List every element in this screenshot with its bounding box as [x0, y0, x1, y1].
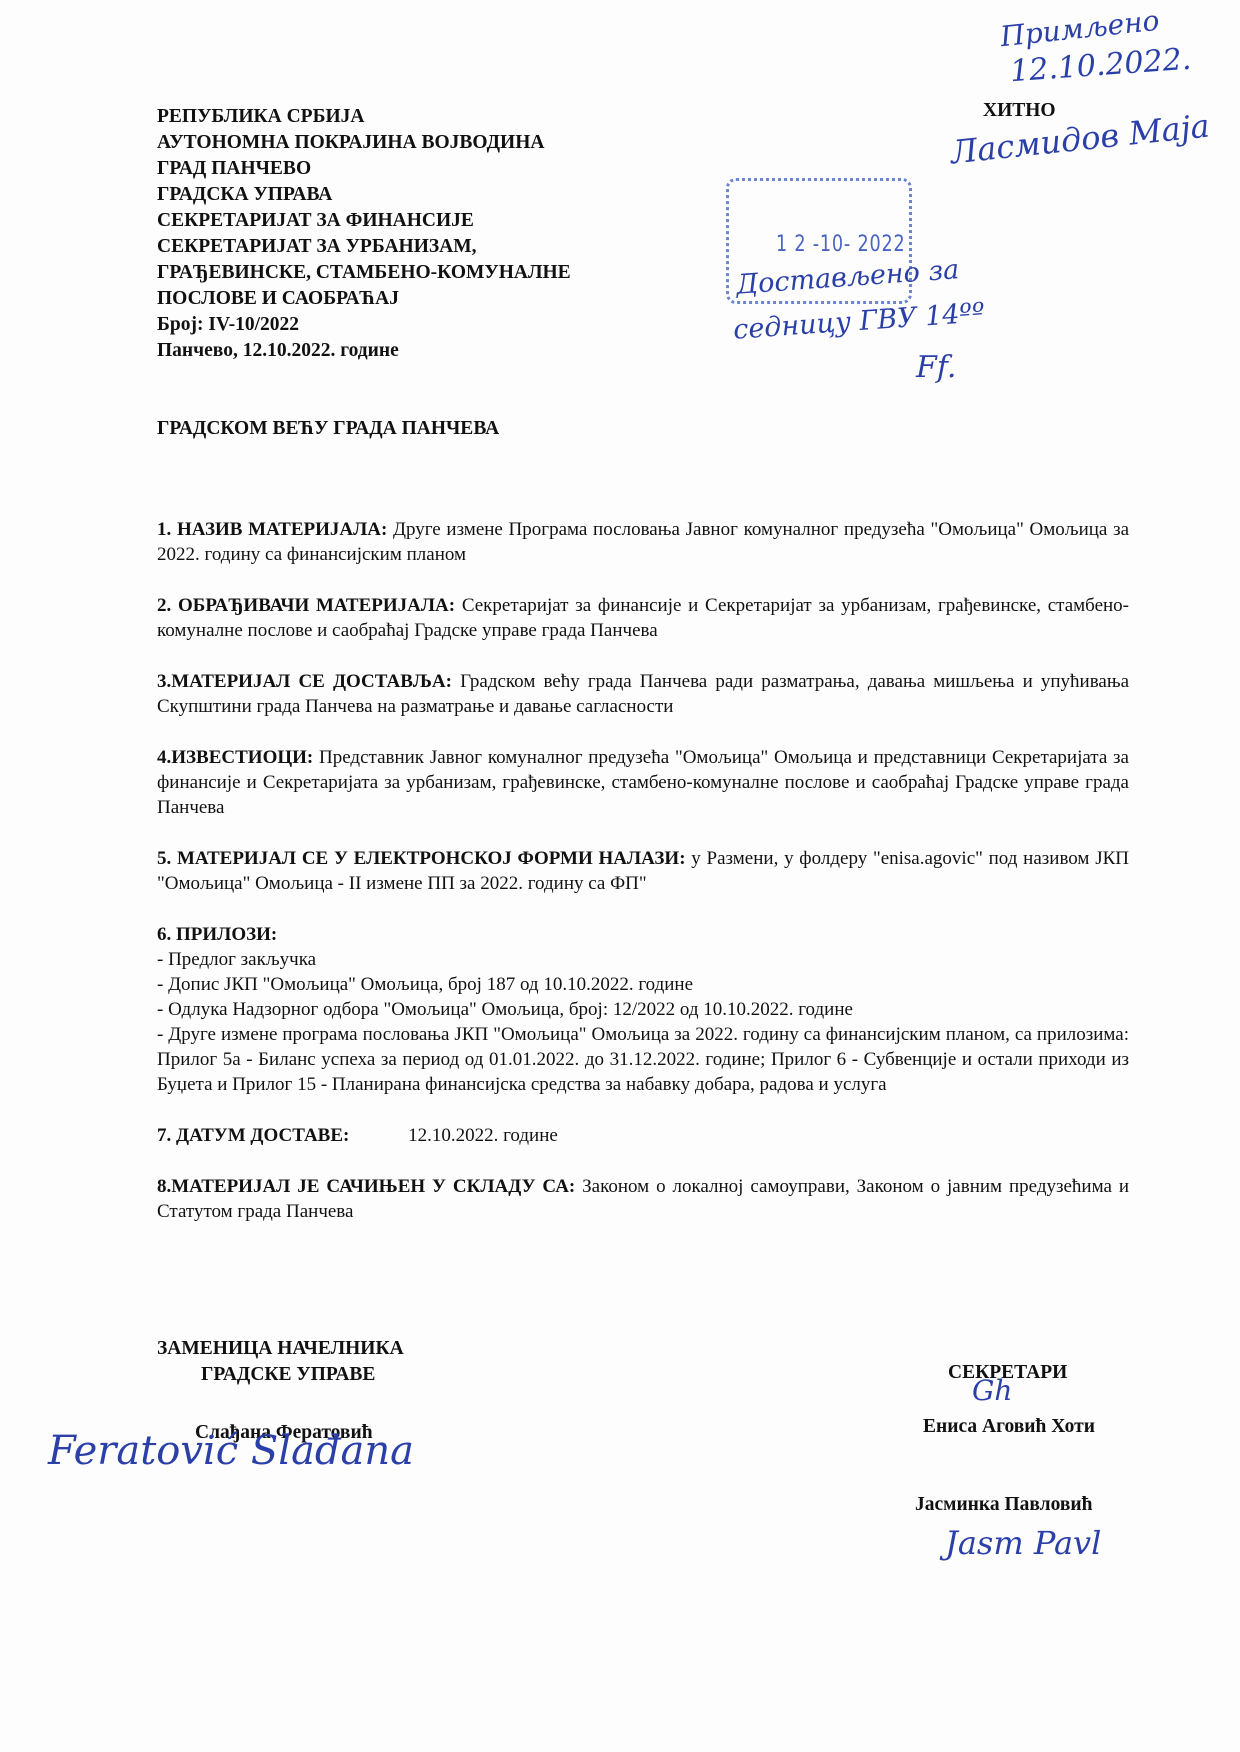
signatory-title: ЗАМЕНИЦА НАЧЕЛНИКА	[157, 1336, 404, 1362]
section-delivery-date: 7. ДАТУМ ДОСТАВЕ: 12.10.2022. године	[157, 1123, 1129, 1148]
letterhead-line: ГРАД ПАНЧЕВО	[157, 156, 571, 182]
section-electronic-location: 5. МАТЕРИЈАЛ СЕ У ЕЛЕКТРОНСКОЈ ФОРМИ НАЛ…	[157, 846, 1129, 896]
section-label: 6. ПРИЛОЗИ:	[157, 922, 1129, 947]
letterhead-line: ГРАДСКА УПРАВА	[157, 182, 571, 208]
signatory-title: ГРАДСКЕ УПРАВЕ	[157, 1362, 404, 1388]
reference-number: Број: IV-10/2022	[157, 312, 571, 338]
addressee: ГРАДСКОМ ВЕЋУ ГРАДА ПАНЧЕВА	[157, 418, 499, 440]
section-attachments: 6. ПРИЛОЗИ: - Предлог закључка - Допис Ј…	[157, 922, 1129, 1097]
document-body: 1. НАЗИВ МАТЕРИЈАЛА: Друге измене Програ…	[157, 517, 1129, 1250]
section-label: 4.ИЗВЕСТИОЦИ:	[157, 747, 313, 768]
attachment-item: - Допис ЈКП "Омољица" Омољица, број 187 …	[157, 972, 1129, 997]
attachment-item: - Друге измене програма пословања ЈКП "О…	[157, 1022, 1129, 1097]
signature-block-deputy-head: ЗАМЕНИЦА НАЧЕЛНИКА ГРАДСКЕ УПРАВЕ Слађан…	[157, 1336, 404, 1388]
stamp-date: 1 2 -10- 2022	[776, 232, 905, 257]
document-page: РЕПУБЛИКА СРБИЈА АУТОНОМНА ПОКРАЈИНА ВОЈ…	[0, 0, 1240, 1752]
handwritten-signature: Feratović Slađana	[48, 1428, 414, 1474]
section-material-name: 1. НАЗИВ МАТЕРИЈАЛА: Друге измене Програ…	[157, 517, 1129, 567]
letterhead-line: ПОСЛОВЕ И САОБРАЋАЈ	[157, 286, 571, 312]
section-delivered-to: 3.МАТЕРИЈАЛ СЕ ДОСТАВЉА: Градском већу г…	[157, 669, 1129, 719]
section-material-processors: 2. ОБРАЂИВАЧИ МАТЕРИЈАЛА: Секретаријат з…	[157, 593, 1129, 643]
signatory-name: Јасминка Павловић	[915, 1494, 1092, 1516]
handwritten-signature: Jasm Pavl	[945, 1524, 1101, 1562]
letterhead-line: ГРАЂЕВИНСКЕ, СТАМБЕНО-КОМУНАЛНЕ	[157, 260, 571, 286]
section-label: 1. НАЗИВ МАТЕРИЈАЛА:	[157, 519, 387, 540]
attachment-item: - Одлука Надзорног одбора "Омољица" Омољ…	[157, 997, 1129, 1022]
urgent-label: ХИТНО	[983, 100, 1056, 122]
section-label: 8.МАТЕРИЈАЛ ЈЕ САЧИЊЕН У СКЛАДУ СА:	[157, 1176, 575, 1197]
letterhead-line: СЕКРЕТАРИЈАТ ЗА УРБАНИЗАМ,	[157, 234, 571, 260]
section-compliance: 8.МАТЕРИЈАЛ ЈЕ САЧИЊЕН У СКЛАДУ СА: Зако…	[157, 1174, 1129, 1224]
attachment-item: - Предлог закључка	[157, 947, 1129, 972]
section-label: 7. ДАТУМ ДОСТАВЕ:	[157, 1125, 349, 1146]
letterhead-line: СЕКРЕТАРИЈАТ ЗА ФИНАНСИЈЕ	[157, 208, 571, 234]
place-and-date: Панчево, 12.10.2022. године	[157, 338, 571, 364]
signatory-name: Ениса Аговић Хоти	[923, 1416, 1095, 1438]
letterhead-line: АУТОНОМНА ПОКРАЈИНА ВОЈВОДИНА	[157, 130, 571, 156]
stamp-handwritten-note: седницу ГВУ 14ºº	[732, 297, 986, 346]
section-label: 5. МАТЕРИЈАЛ СЕ У ЕЛЕКТРОНСКОЈ ФОРМИ НАЛ…	[157, 848, 686, 869]
letterhead-line: РЕПУБЛИКА СРБИЈА	[157, 104, 571, 130]
letterhead: РЕПУБЛИКА СРБИЈА АУТОНОМНА ПОКРАЈИНА ВОЈ…	[157, 104, 571, 364]
section-label: 2. ОБРАЂИВАЧИ МАТЕРИЈАЛА:	[157, 595, 455, 616]
section-label: 3.МАТЕРИЈАЛ СЕ ДОСТАВЉА:	[157, 671, 452, 692]
section-rapporteurs: 4.ИЗВЕСТИОЦИ: Представник Јавног комунал…	[157, 745, 1129, 820]
handwritten-signature: Gh	[972, 1374, 1012, 1407]
delivery-date-value: 12.10.2022. године	[408, 1125, 558, 1146]
stamp-initials: Ff.	[916, 350, 956, 385]
